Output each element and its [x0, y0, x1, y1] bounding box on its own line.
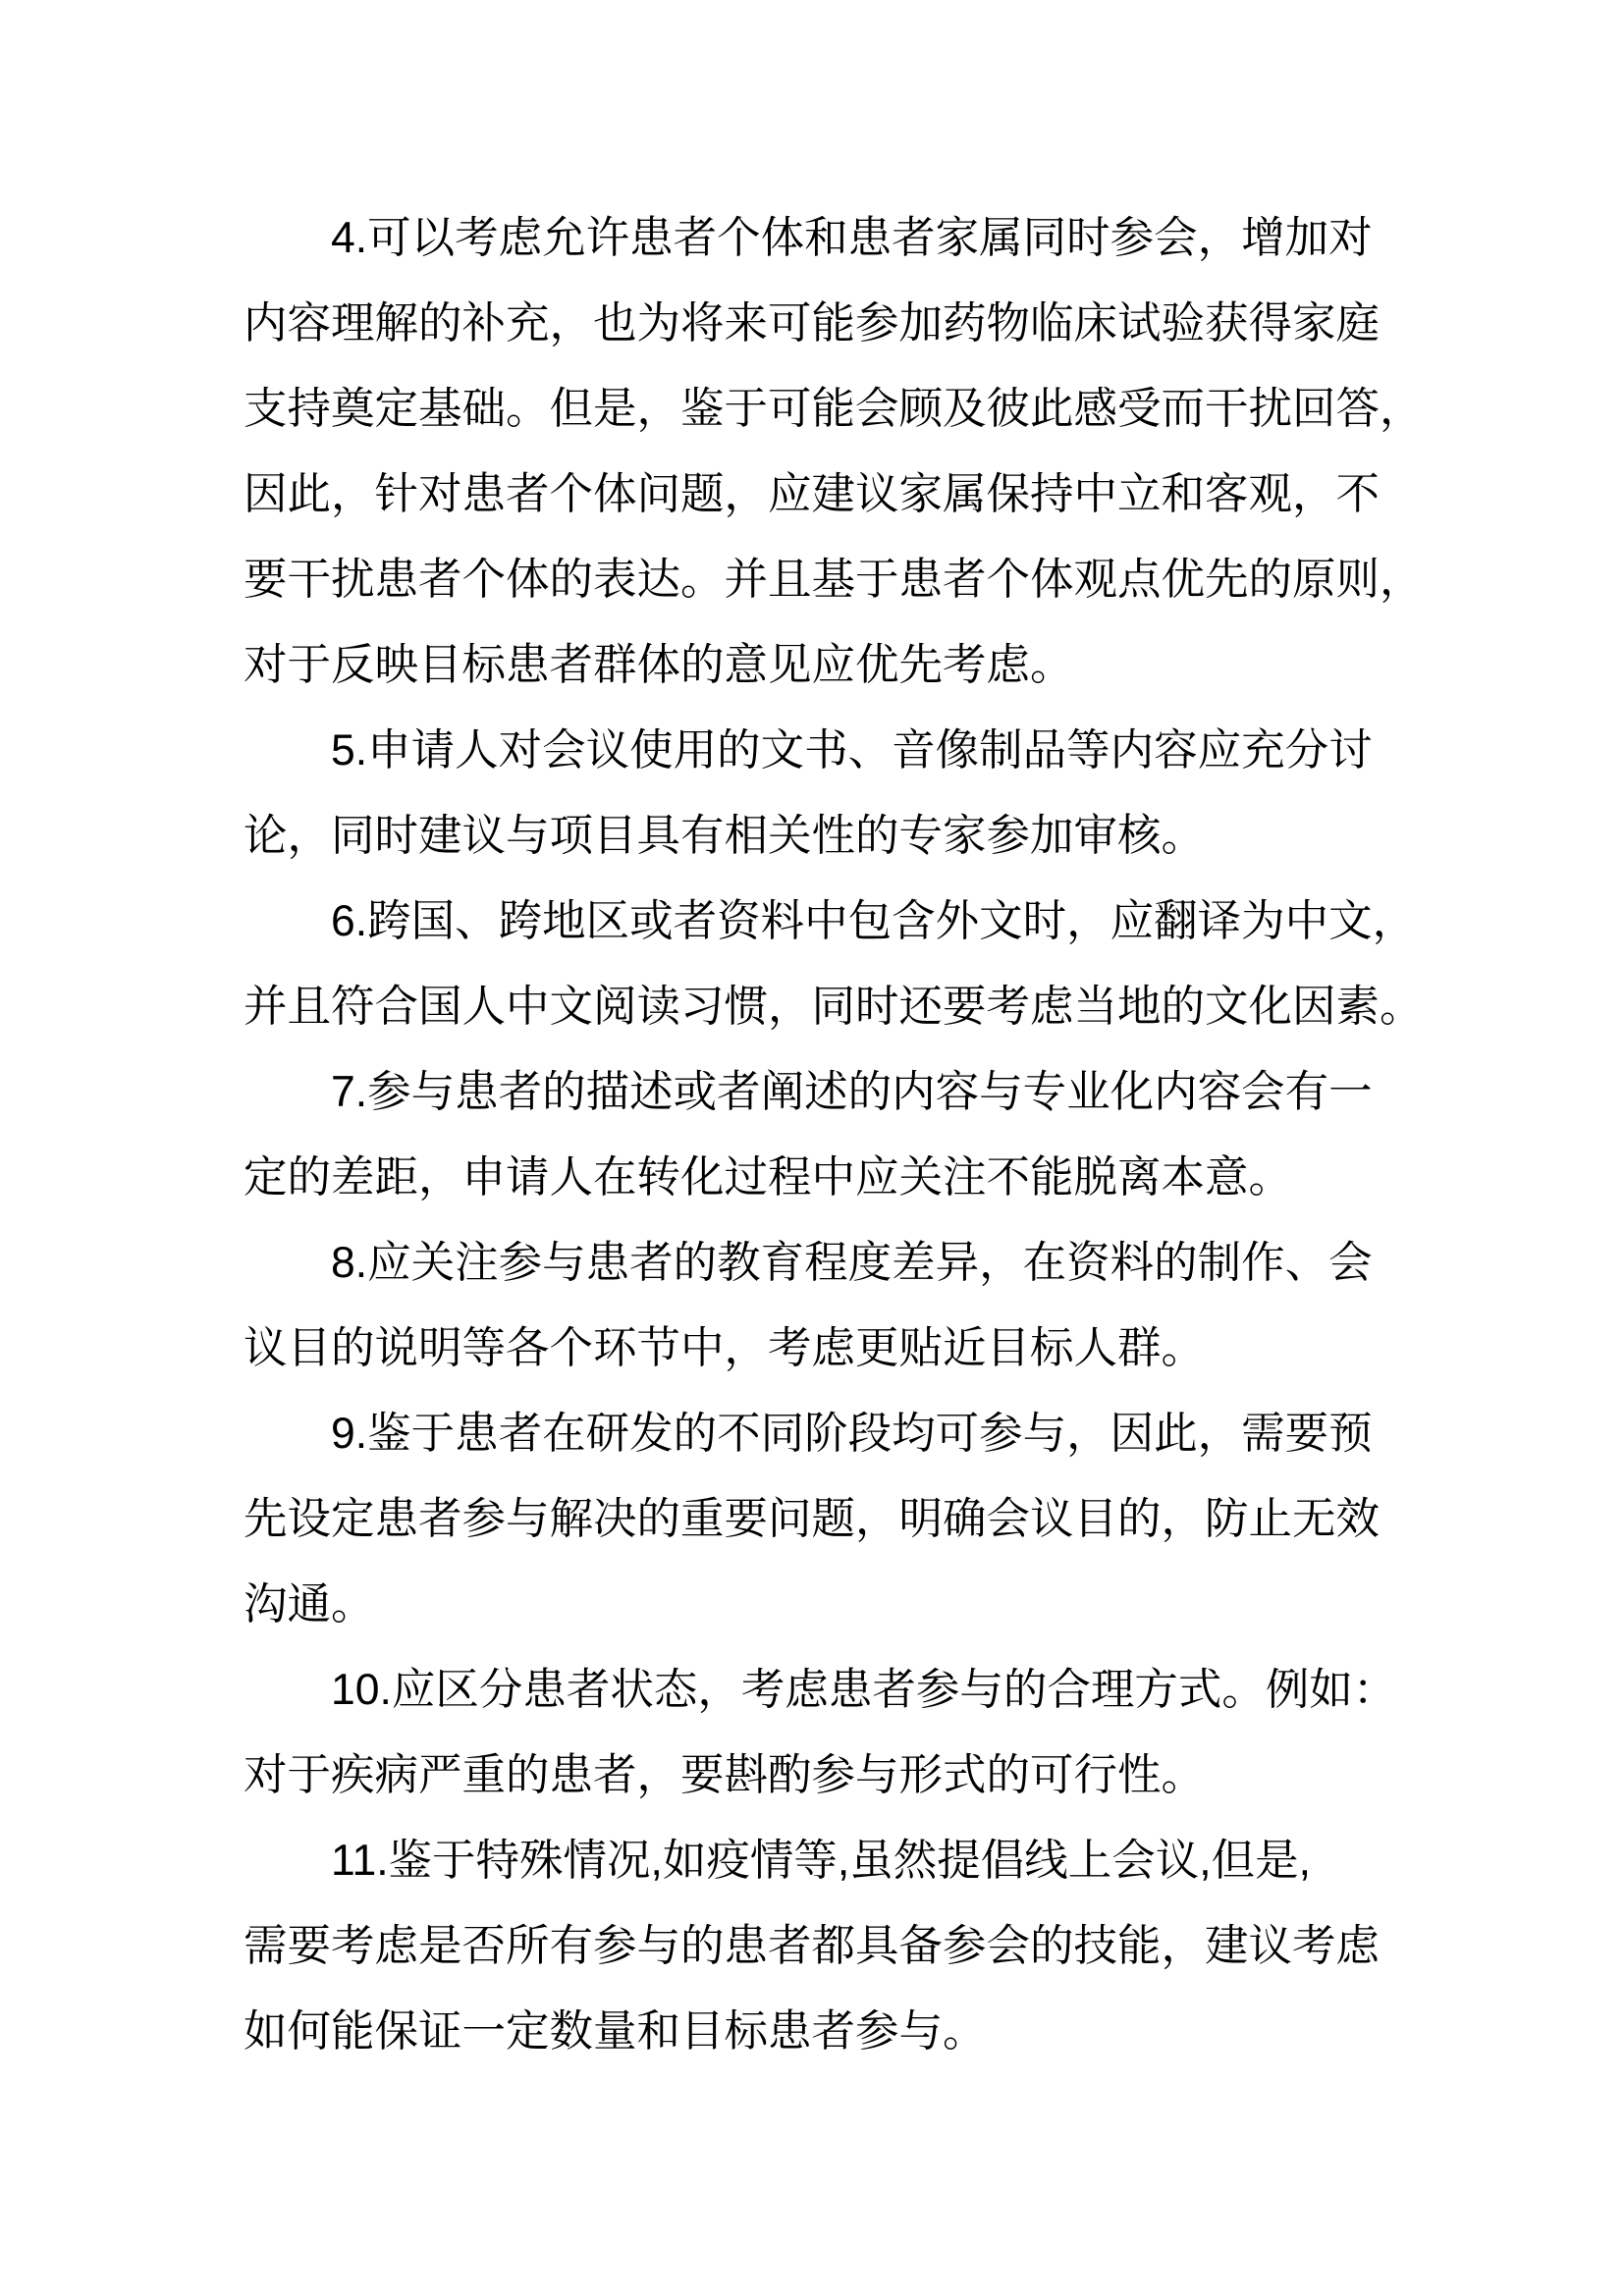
text-line: 11.鉴于特殊情况,如疫情等,虽然提倡线上会议,但是, — [244, 1818, 1382, 1903]
text-line: 8.应关注参与患者的教育程度差异，在资料的制作、会 — [244, 1220, 1382, 1306]
text-line: 对于疾病严重的患者，要斟酌参与形式的可行性。 — [244, 1733, 1382, 1818]
document-page: 4.可以考虑允许患者个体和患者家属同时参会，增加对内容理解的补充，也为将来可能参… — [0, 0, 1624, 2296]
text-line: 4.可以考虑允许患者个体和患者家属同时参会，增加对 — [244, 195, 1382, 281]
document-text-block: 4.可以考虑允许患者个体和患者家属同时参会，增加对内容理解的补充，也为将来可能参… — [244, 195, 1382, 2074]
text-line: 10.应区分患者状态，考虑患者参与的合理方式。例如： — [244, 1647, 1382, 1733]
text-line: 并且符合国人中文阅读习惯，同时还要考虑当地的文化因素。 — [244, 964, 1382, 1049]
text-line: 5.申请人对会议使用的文书、音像制品等内容应充分讨 — [244, 708, 1382, 793]
text-line: 对于反映目标患者群体的意见应优先考虑。 — [244, 622, 1382, 708]
text-line: 要干扰患者个体的表达。并且基于患者个体观点优先的原则， — [244, 537, 1382, 622]
text-line: 如何能保证一定数量和目标患者参与。 — [244, 1989, 1382, 2074]
text-line: 论，同时建议与项目具有相关性的专家参加审核。 — [244, 793, 1382, 879]
text-line: 需要考虑是否所有参与的患者都具备参会的技能，建议考虑 — [244, 1903, 1382, 1989]
text-line: 支持奠定基础。但是，鉴于可能会顾及彼此感受而干扰回答， — [244, 366, 1382, 452]
text-line: 7.参与患者的描述或者阐述的内容与专业化内容会有一 — [244, 1049, 1382, 1135]
text-line: 议目的说明等各个环节中，考虑更贴近目标人群。 — [244, 1306, 1382, 1391]
text-line: 因此，针对患者个体问题，应建议家属保持中立和客观，不 — [244, 452, 1382, 537]
text-line: 定的差距，申请人在转化过程中应关注不能脱离本意。 — [244, 1135, 1382, 1220]
text-line: 6.跨国、跨地区或者资料中包含外文时，应翻译为中文， — [244, 879, 1382, 964]
text-line: 9.鉴于患者在研发的不同阶段均可参与，因此，需要预 — [244, 1391, 1382, 1476]
text-line: 沟通。 — [244, 1562, 1382, 1647]
text-line: 内容理解的补充，也为将来可能参加药物临床试验获得家庭 — [244, 281, 1382, 366]
text-line: 先设定患者参与解决的重要问题，明确会议目的，防止无效 — [244, 1476, 1382, 1562]
